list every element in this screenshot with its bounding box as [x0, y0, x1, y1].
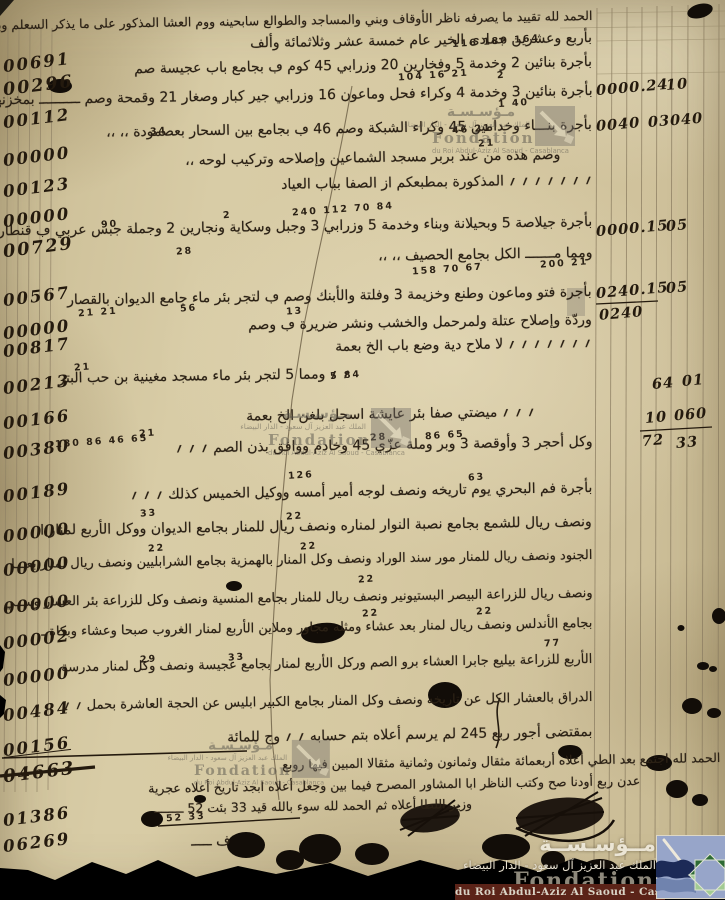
superscript-number: 5 84: [330, 369, 362, 382]
foundation-logo-icon: [656, 835, 725, 899]
margin-total: 06269: [2, 829, 71, 856]
foundation-name-arabic: مــؤسـســة: [539, 832, 656, 856]
column-amount: 0240.15: [595, 279, 669, 302]
margin-total: 04663: [2, 758, 77, 788]
column-amount: 72: [641, 431, 665, 450]
manuscript-line: ف ـــــ: [191, 833, 231, 850]
margin-total: 00484: [2, 698, 71, 725]
superscript-number: 240 112 70 84: [292, 200, 395, 218]
superscript-number: 22: [300, 540, 318, 552]
superscript-number: 33: [228, 651, 246, 663]
manuscript-line: بجامع الأندلس ونصف ريال لمنار بعد عشاء و…: [41, 616, 592, 640]
column-amount: 060: [673, 405, 708, 425]
manuscript-line: بأجرة فم البحري يوم تاريخه ونصف لوجه أمي…: [130, 480, 592, 503]
superscript-number: 2: [223, 210, 232, 222]
superscript-number: 21: [478, 137, 496, 149]
superscript-number: 28: [176, 245, 194, 257]
watermark-sub-arabic: الملك عبد العزيز آل سعود - الدار البيضاء: [194, 753, 287, 763]
margin-total: 00000: [2, 663, 71, 690]
manuscript-line: بأربع وعشرين جمادى الخير عام خمسة عشر وث…: [250, 30, 592, 51]
column-amount: 05: [665, 278, 689, 297]
margin-total: 00000: [2, 143, 71, 170]
margin-total: 00000: [2, 519, 71, 546]
watermark-org-french: Fondation: [194, 763, 287, 779]
margin-total: 00112: [2, 105, 71, 132]
column-amount: 01: [681, 371, 705, 390]
column-amount: 05: [665, 216, 689, 235]
manuscript-line: الحمد لله تقييد ما يصرفه ناظر الأوقاف وب…: [0, 8, 592, 34]
superscript-number: 56: [180, 302, 198, 314]
manuscript-line: بأجرة بنـــاء وخدامين 45 وكراء الشبكة وص…: [106, 117, 592, 141]
manuscript-line: الحمد لله اجتمع بعد الطي أعلاه أربعمائة …: [282, 750, 720, 772]
superscript-number: 29: [140, 653, 158, 665]
manuscript-line: ؍ ؍ ؍ ميضتي صفا بئر عايشة اسجل بلغن الخ …: [246, 404, 535, 425]
manuscript-page: مــؤسـســة الملك عبد العزيز آل سعود - ال…: [0, 0, 725, 900]
column-amount: 0240: [598, 303, 644, 324]
superscript-number: 52 33: [166, 811, 206, 825]
margin-total: 00380: [2, 436, 71, 463]
margin-total: 00002: [2, 626, 71, 653]
superscript-number: 13: [286, 305, 304, 317]
superscript-number: 34: [150, 125, 168, 137]
margin-total: 00123: [2, 174, 71, 201]
column-amount: 64: [651, 374, 675, 393]
column-amount: 0040: [595, 114, 641, 135]
manuscript-line: ؍ ؍ ومما 5 لتجر بئر ماء مسجد مغينية بن ح…: [58, 366, 351, 387]
manuscript-line: الدراق بالعشار الكل عن تاريخه ونصف وكل ا…: [63, 690, 593, 713]
superscript-number: 2: [497, 70, 506, 82]
manuscript-line: عدن ربع أودنا صح وكتب الناظر ابا المشاور…: [148, 773, 640, 796]
margin-total: 00189: [2, 479, 71, 506]
column-amount: 040: [669, 110, 704, 130]
margin-total: 00691: [2, 49, 71, 76]
margin-total: 00567: [2, 283, 71, 310]
column-amount: 0000.15: [595, 217, 669, 240]
margin-total: 01386: [2, 803, 71, 830]
superscript-number: 126: [288, 469, 315, 482]
superscript-number: 22: [148, 542, 166, 554]
manuscript-line: بأجرة بنائين 2 وخدمة 5 وفخارين 20 وزرابي…: [134, 54, 592, 77]
manuscript-line: بمقتضى أجور ربع 245 لم يرسم أعلاه بتم حس…: [227, 724, 592, 746]
superscript-number: 22: [286, 510, 304, 522]
superscript-number: 90: [101, 218, 119, 230]
column-amount: 0000.24: [595, 76, 669, 99]
superscript-number: 77: [544, 637, 562, 649]
superscript-number: 21: [74, 361, 92, 373]
superscript-number: 28: [370, 431, 388, 443]
manuscript-line: وصم هذه من عند بربر مسجد الشماعين وإصلاح…: [185, 147, 560, 169]
manuscript-line: ؍ ؍ ؍ ؍ ؍ ؍ ؍ لا ملاح دية وضع باب الخ بع…: [335, 335, 592, 355]
margin-total: 00166: [2, 406, 71, 433]
superscript-number: 22: [476, 605, 494, 617]
manuscript-line: ونصف ريال للشمع بجامع نصبة النوار لمناره…: [40, 514, 592, 539]
superscript-number: 158 70 67: [412, 262, 483, 278]
superscript-number: 21 21: [78, 306, 118, 320]
manuscript-line: بأجرة فتو وماعون وطنع وخزيمة 3 وفلتة وال…: [68, 284, 593, 308]
column-amount: 03: [647, 112, 671, 131]
margin-total: 00213: [2, 371, 71, 398]
foundation-subtitle-french-band: du Roi Abdul-Aziz Al Saoud - Casablanca: [455, 884, 665, 900]
column-amount: 33: [675, 433, 699, 452]
superscript-number: 1 40: [498, 97, 530, 110]
column-amount: 10: [644, 408, 668, 427]
superscript-number: 22: [362, 607, 380, 619]
superscript-number: 200 21: [540, 256, 589, 270]
manuscript-line: ونصف ريال للزراعة البيصر البستيونير ونصف…: [4, 586, 593, 610]
superscript-number: 63: [468, 471, 486, 483]
column-amount: 10: [665, 75, 689, 94]
superscript-number: 33: [140, 507, 158, 519]
margin-total: 00156: [2, 733, 71, 760]
manuscript-line: ؍ ؍ ؍ ؍ ؍ ؍ ؍ المذكورة بمطبعكم از الصفا …: [281, 172, 593, 193]
superscript-number: 22: [358, 573, 376, 585]
